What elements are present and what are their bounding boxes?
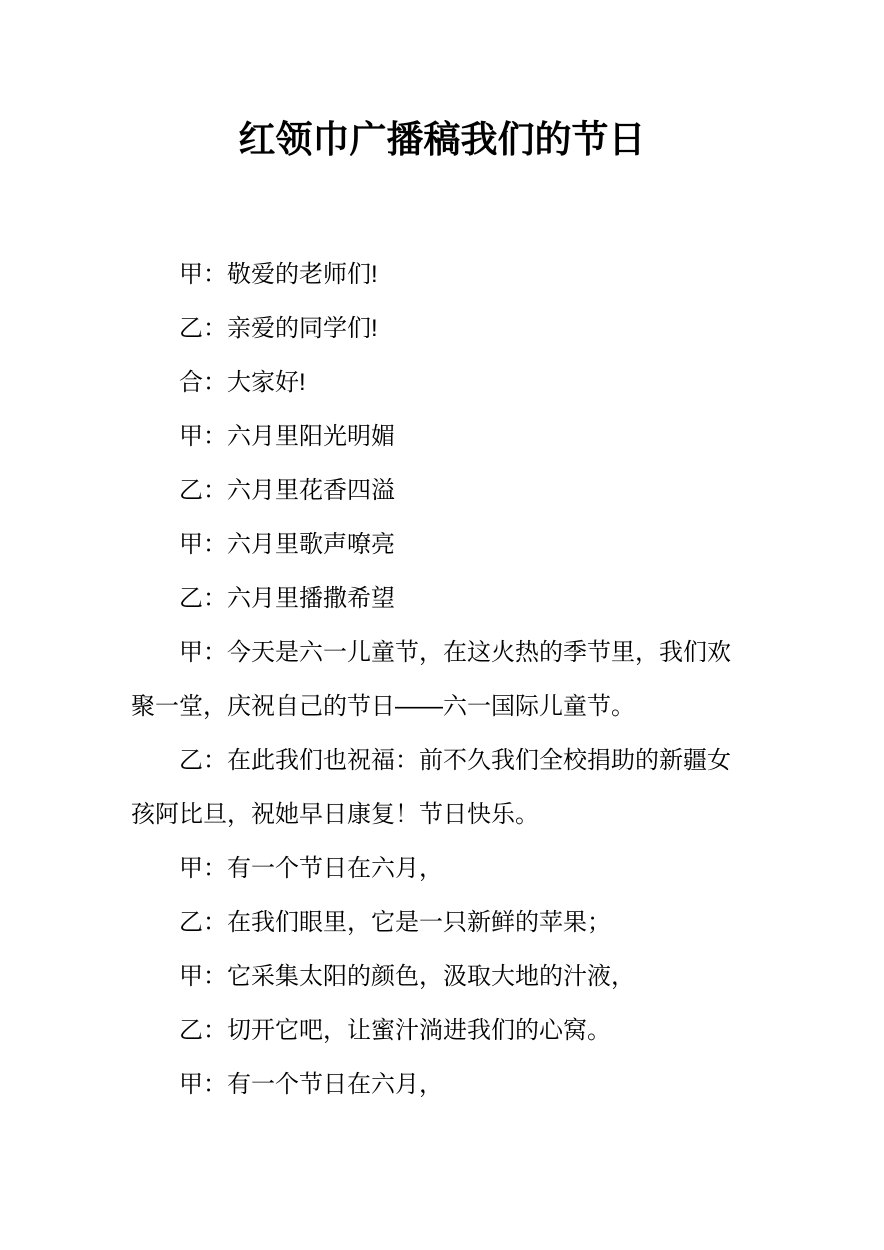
document-body: 甲：敬爱的老师们! 乙：亲爱的同学们! 合：大家好! 甲：六月里阳光明媚 乙：六…: [131, 248, 753, 1112]
document-page: 红领巾广播稿我们的节日 甲：敬爱的老师们! 乙：亲爱的同学们! 合：大家好! 甲…: [0, 0, 884, 1250]
dialogue-line: 乙：六月里播撒希望: [131, 572, 753, 626]
dialogue-line: 乙：六月里花香四溢: [131, 464, 753, 518]
dialogue-line: 甲：有一个节日在六月，: [131, 1058, 753, 1112]
dialogue-line: 乙：在我们眼里，它是一只新鲜的苹果；: [131, 896, 753, 950]
dialogue-line: 甲：今天是六一儿童节，在这火热的季节里，我们欢聚一堂，庆祝自己的节日——六一国际…: [131, 626, 753, 734]
dialogue-line: 乙：亲爱的同学们!: [131, 302, 753, 356]
dialogue-line: 甲：敬爱的老师们!: [131, 248, 753, 302]
dialogue-line: 甲：有一个节日在六月，: [131, 842, 753, 896]
document-title: 红领巾广播稿我们的节日: [131, 0, 753, 160]
dialogue-line: 乙：切开它吧，让蜜汁淌进我们的心窝。: [131, 1004, 753, 1058]
dialogue-line: 乙：在此我们也祝福：前不久我们全校捐助的新疆女孩阿比旦，祝她早日康复！节日快乐。: [131, 734, 753, 842]
dialogue-line: 甲：六月里阳光明媚: [131, 410, 753, 464]
dialogue-line: 甲：它采集太阳的颜色，汲取大地的汁液，: [131, 950, 753, 1004]
dialogue-line: 甲：六月里歌声嘹亮: [131, 518, 753, 572]
dialogue-line: 合：大家好!: [131, 356, 753, 410]
